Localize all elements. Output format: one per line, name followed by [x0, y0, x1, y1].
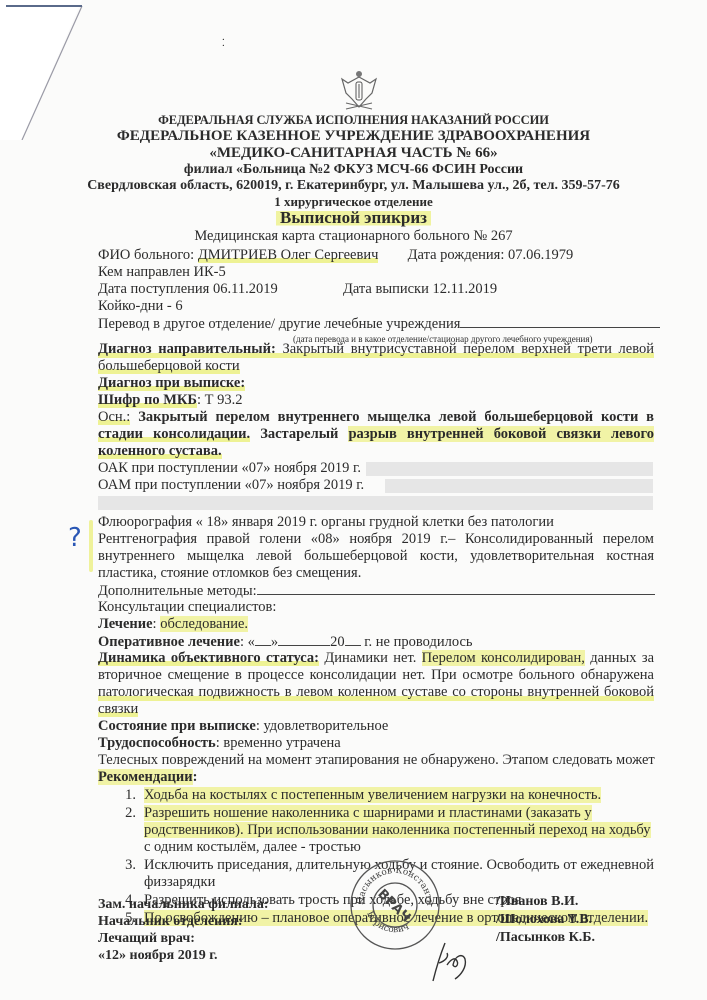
oak-test: ОАК при поступлении «07» ноября 2019 г.	[98, 460, 361, 477]
dynamics-line-3: патологическая подвижность в левом колен…	[98, 684, 654, 701]
icd-code-row: Шифр по МКБ: Т 93.2	[98, 392, 243, 409]
header-branch: филиал «Больница №2 ФКУЗ МСЧ-66 ФСИН Рос…	[0, 162, 707, 178]
department-head-label: Начальник отделения:	[98, 914, 243, 930]
header-service: ФЕДЕРАЛЬНАЯ СЛУЖБА ИСПОЛНЕНИЯ НАКАЗАНИЙ …	[0, 113, 707, 128]
patient-name-row: ФИО больного: ДМИТРИЕВ Олег Сергеевич Да…	[98, 247, 573, 264]
deputy-head-name: /Иванов В.И.	[496, 894, 578, 910]
header-institution: ФЕДЕРАЛЬНОЕ КАЗЕННОЕ УЧРЕЖДЕНИЕ ЗДРАВООХ…	[0, 128, 707, 145]
stray-marks: ..	[222, 34, 225, 46]
recommendation-text: физзарядки	[144, 874, 215, 891]
recommendation-number: 1.	[118, 787, 136, 804]
recommendations-label: Рекомендации:	[98, 769, 197, 786]
dynamics-line-4: связки	[98, 701, 138, 718]
highlight-margin-mark	[89, 520, 93, 572]
redacted-oak-result	[366, 462, 653, 476]
xray-line-3: пластика, стояние отломков без смещения.	[98, 565, 361, 582]
xray-line-1: Рентгенография правой голени «08» ноября…	[98, 531, 654, 548]
icd-code: : Т 93.2	[197, 392, 243, 408]
handwritten-question-mark: ?	[68, 523, 82, 553]
discharge-date: 12.11.2019	[432, 281, 497, 297]
attending-doctor-label: Лечащий врач:	[98, 931, 195, 947]
main-diagnosis-line-2: стадии консолидации. Застарелый разрыв в…	[98, 426, 654, 443]
bed-days: Койко-дни - 6	[98, 298, 183, 315]
recommendation-number: 3.	[118, 857, 136, 874]
handwritten-signature-icon	[425, 935, 470, 985]
department-head-name: /Шолохова Т.В.	[496, 912, 592, 928]
patient-name: ДМИТРИЕВ Олег Сергеевич	[198, 247, 379, 263]
consultations: Консультации специалистов:	[98, 599, 276, 616]
fluorography: Флюорография « 18» января 2019 г. органы…	[98, 514, 554, 531]
fsin-eagle-emblem-icon	[338, 69, 380, 111]
recommendation-text: с одним костылём, далее - тростью	[144, 839, 361, 856]
referral-diagnosis-line-2: большеберцовой кости	[98, 358, 240, 375]
header-unit: «МЕДИКО-САНИТАРНАЯ ЧАСТЬ № 66»	[0, 145, 707, 162]
deputy-head-label: Зам. начальника филиала:	[98, 897, 269, 913]
redacted-oam-result	[385, 479, 653, 493]
discharge-diagnosis-label: Диагноз при выписке:	[98, 375, 245, 392]
transfer-blank	[460, 315, 660, 328]
treatment-value: обследование.	[160, 616, 248, 632]
recommendation-number: 2.	[118, 805, 136, 822]
date-of-birth: 07.06.1979	[508, 247, 573, 263]
work-capacity-row: Трудоспособность: временно утрачена	[98, 735, 341, 752]
medical-card-number: Медицинская карта стационарного больного…	[0, 228, 707, 245]
header-address: Свердловская область, 620019, г. Екатери…	[0, 178, 707, 194]
document-title: Выписной эпикриз	[0, 208, 707, 228]
admission-date: 06.11.2019	[213, 281, 278, 297]
signature-date: «12» ноября 2019 г.	[98, 948, 218, 964]
discharge-summary-page: .. ФЕДЕРАЛЬНАЯ СЛУЖБА ИСПОЛНЕНИЯ НАКАЗАН…	[0, 0, 707, 1000]
dynamics-line-2: вторичное смещение в процессе консолидац…	[98, 667, 654, 684]
main-diagnosis-line-3: коленного сустава.	[98, 443, 222, 460]
oam-test: ОАМ при поступлении «07» ноября 2019 г.	[98, 477, 364, 494]
discharge-condition-row: Состояние при выписке: удовлетворительно…	[98, 718, 388, 735]
injuries-statement: Телесных повреждений на момент этапирова…	[98, 752, 655, 769]
dates-row: Дата поступления 06.11.2019 Дата выписки…	[98, 281, 497, 298]
additional-methods-row: Дополнительные методы:	[98, 582, 655, 600]
surgery-row: Оперативное лечение: «»20 г. не проводил…	[98, 633, 473, 651]
referred-by: Кем направлен ИК-5	[98, 264, 226, 281]
redacted-line	[98, 496, 653, 510]
dynamics-line-1: Динамика объективного статуса: Динамики …	[98, 650, 654, 667]
main-diagnosis-line-1: Осн.: Закрытый перелом внутреннего мыщел…	[98, 409, 654, 426]
treatment-row: Лечение: обследование.	[98, 616, 248, 633]
recommendation-text: родственников). При использовании наколе…	[144, 822, 651, 839]
recommendation-text: Ходьба на костылях с постепенным увеличе…	[144, 787, 601, 804]
attending-doctor-name: /Пасынков К.Б.	[496, 930, 595, 946]
svg-text:ВРАЧ: ВРАЧ	[374, 887, 413, 926]
referral-diagnosis-line-1: Диагноз направительный: Закрытый внутрис…	[98, 341, 654, 358]
recommendation-text: Разрешить ношение наколенника с шарнирам…	[144, 805, 592, 822]
xray-line-2: внутреннего мыщелка левой большеберцовой…	[98, 548, 654, 565]
